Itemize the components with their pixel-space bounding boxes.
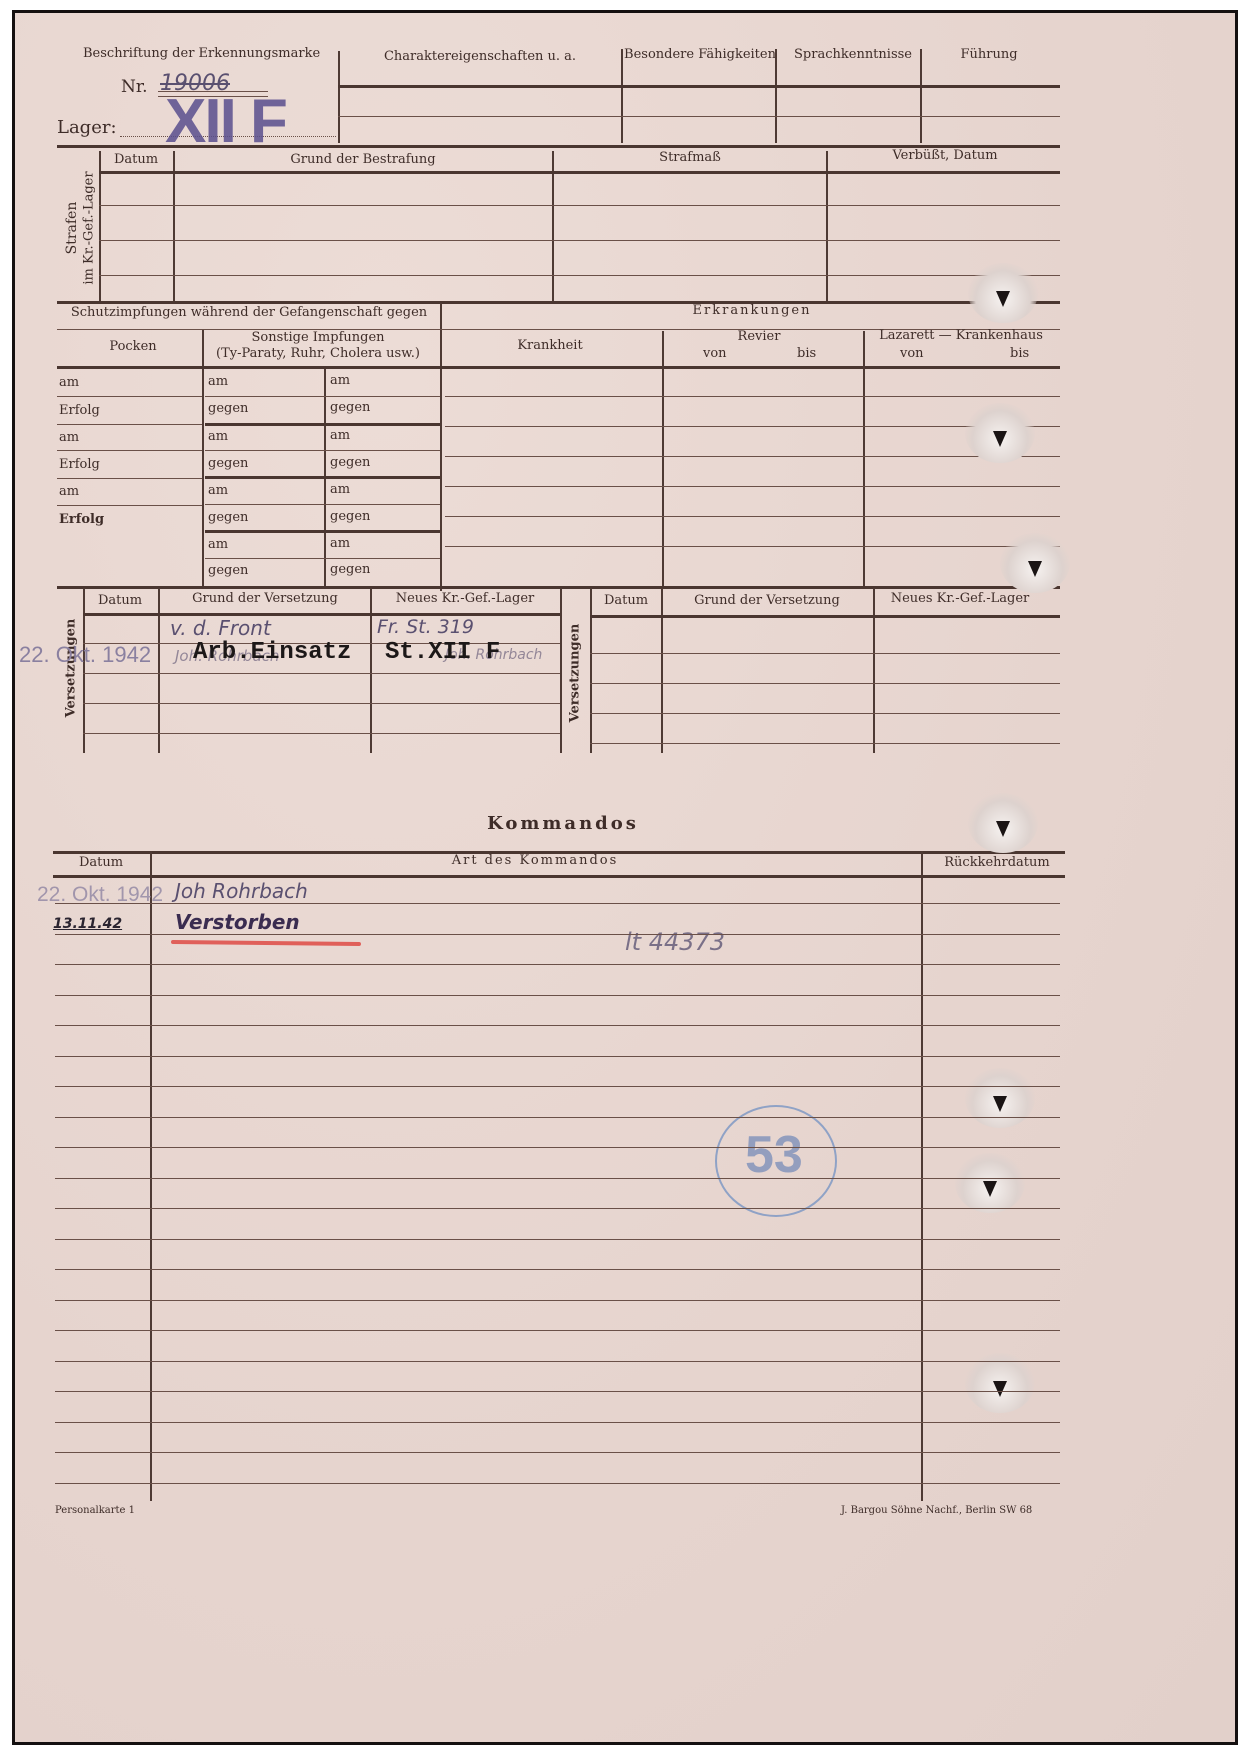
other2-am-4: am bbox=[330, 536, 350, 551]
other-gegen-3: gegen bbox=[208, 510, 248, 525]
inscription-label: Beschriftung der Erkennungsmarke bbox=[83, 46, 320, 61]
transfer-2-newcamp: St.XII F bbox=[385, 639, 500, 666]
kommando-rule bbox=[55, 995, 1060, 996]
kommando-rule bbox=[55, 1300, 1060, 1301]
other2-am-1: am bbox=[330, 373, 350, 388]
pocken-erfolg-3: Erfolg bbox=[59, 512, 104, 527]
punch-hole-2 bbox=[965, 403, 1035, 463]
punch-hole-7 bbox=[965, 1353, 1035, 1413]
transfer-col-newcamp: Neues Kr.-Gef.-Lager bbox=[396, 591, 535, 606]
other-am-2: am bbox=[208, 429, 228, 444]
punch-hole-5 bbox=[965, 1068, 1035, 1128]
punish-col-reason: Grund der Bestrafung bbox=[290, 152, 435, 167]
kommando-2-date: 13.11.42 bbox=[53, 916, 122, 932]
kommando-rule bbox=[55, 1330, 1060, 1331]
kommando-rule bbox=[55, 1269, 1060, 1270]
kommando-rule bbox=[55, 1422, 1060, 1423]
kommando-rule bbox=[55, 1208, 1060, 1209]
kommando-col-date: Datum bbox=[79, 855, 123, 870]
kommando-rule bbox=[55, 964, 1060, 965]
transfers-side-label-left: Versetzungen bbox=[64, 619, 79, 718]
infirmary-from: von bbox=[703, 346, 727, 361]
punish-col-date: Datum bbox=[114, 152, 158, 167]
other2-gegen-4: gegen bbox=[330, 562, 370, 577]
punch-hole-4 bbox=[968, 793, 1038, 853]
red-underline-mark bbox=[171, 940, 361, 946]
vacc-col-other-2: (Ty-Paraty, Ruhr, Cholera usw.) bbox=[216, 346, 420, 361]
pocken-am-1: am bbox=[59, 375, 79, 390]
illness-col-disease: Krankheit bbox=[517, 338, 582, 353]
transfers-side-label-right: Versetzungen bbox=[568, 624, 583, 723]
vaccination-title: Schutzimpfungen während der Gefangenscha… bbox=[71, 305, 427, 320]
pocken-erfolg-2: Erfolg bbox=[59, 457, 100, 472]
infirmary-to: bis bbox=[797, 346, 816, 361]
other-gegen-1: gegen bbox=[208, 401, 248, 416]
vacc-col-pocken: Pocken bbox=[109, 339, 156, 354]
vacc-col-other-1: Sonstige Impfungen bbox=[251, 330, 384, 345]
punish-col-served: Verbüßt, Datum bbox=[892, 148, 997, 163]
other-gegen-4: gegen bbox=[208, 563, 248, 578]
kommando-rule bbox=[55, 934, 1060, 935]
kommando-rule bbox=[55, 1178, 1060, 1179]
punish-col-measure: Strafmaß bbox=[659, 150, 721, 165]
transfer-r-col-reason: Grund der Versetzung bbox=[694, 593, 840, 608]
punishments-side-label-1: Strafen bbox=[64, 202, 80, 255]
header-col-languages: Sprachkenntnisse bbox=[794, 47, 912, 62]
transfer-r-col-date: Datum bbox=[604, 593, 648, 608]
header-col-conduct: Führung bbox=[960, 47, 1017, 62]
pocken-erfolg-1: Erfolg bbox=[59, 403, 100, 418]
other2-am-2: am bbox=[330, 428, 350, 443]
punch-hole-6 bbox=[955, 1153, 1025, 1213]
kommando-2-type: Verstorben bbox=[175, 910, 300, 934]
kommando-rule bbox=[55, 1086, 1060, 1087]
other-am-3: am bbox=[208, 483, 228, 498]
pocken-am-2: am bbox=[59, 430, 79, 445]
nr-label: Nr. bbox=[121, 77, 148, 97]
kommandos-title: Kommandos bbox=[487, 813, 639, 834]
kommando-col-return: Rückkehrdatum bbox=[944, 855, 1049, 870]
transfer-1-reason: v. d. Front bbox=[170, 616, 271, 640]
transfer-r-col-newcamp: Neues Kr.-Gef.-Lager bbox=[891, 591, 1030, 606]
transfer-2-reason: Arb.Einsatz bbox=[193, 639, 351, 666]
illness-title: Erkrankungen bbox=[693, 303, 812, 318]
form-name: Personalkarte 1 bbox=[55, 1505, 135, 1516]
lager-label: Lager: bbox=[57, 117, 117, 138]
kommando-rule bbox=[55, 1391, 1060, 1392]
punch-hole-3 bbox=[1000, 533, 1070, 593]
kommando-rule bbox=[55, 903, 1060, 904]
kommando-rule bbox=[55, 1147, 1060, 1148]
kommando-rule bbox=[55, 1239, 1060, 1240]
kommando-col-type: Art des Kommandos bbox=[452, 853, 619, 868]
printer-imprint: J. Bargou Söhne Nachf., Berlin SW 68 bbox=[841, 1505, 1032, 1516]
illness-col-hospital: Lazarett — Krankenhaus bbox=[879, 328, 1043, 343]
other-am-4: am bbox=[208, 537, 228, 552]
punch-hole-1 bbox=[968, 263, 1038, 323]
other-gegen-2: gegen bbox=[208, 456, 248, 471]
kommando-annotation: lt 44373 bbox=[625, 928, 725, 956]
punishments-side-label-2: im Kr.-Gef.-Lager bbox=[82, 171, 97, 284]
transfer-col-reason: Grund der Versetzung bbox=[192, 591, 338, 606]
other2-gegen-2: gegen bbox=[330, 455, 370, 470]
kommando-rule bbox=[55, 1361, 1060, 1362]
header-col-abilities: Besondere Fähigkeiten bbox=[624, 47, 776, 62]
transfer-1-newcamp: Fr. St. 319 bbox=[377, 616, 474, 638]
illness-col-infirmary: Revier bbox=[738, 329, 781, 344]
other2-gegen-3: gegen bbox=[330, 509, 370, 524]
transfer-col-date: Datum bbox=[98, 593, 142, 608]
other2-am-3: am bbox=[330, 482, 350, 497]
circle-stamp-number: 53 bbox=[745, 1125, 803, 1185]
pocken-am-3: am bbox=[59, 484, 79, 499]
transfer-2-date: 22. Okt. 1942 bbox=[19, 642, 151, 668]
hospital-from: von bbox=[900, 346, 924, 361]
other2-gegen-1: gegen bbox=[330, 400, 370, 415]
kommando-rule bbox=[55, 1483, 1060, 1484]
kommando-rule bbox=[55, 1452, 1060, 1453]
header-col-character: Charaktereigenschaften u. a. bbox=[384, 49, 576, 64]
personnel-card: Beschriftung der Erkennungsmarke Nr. 190… bbox=[12, 10, 1238, 1745]
kommando-rule bbox=[55, 1117, 1060, 1118]
hospital-to: bis bbox=[1010, 346, 1029, 361]
kommando-1-type: Joh Rohrbach bbox=[175, 879, 308, 903]
other-am-1: am bbox=[208, 374, 228, 389]
kommando-rule bbox=[55, 1056, 1060, 1057]
kommando-rule bbox=[55, 1025, 1060, 1026]
